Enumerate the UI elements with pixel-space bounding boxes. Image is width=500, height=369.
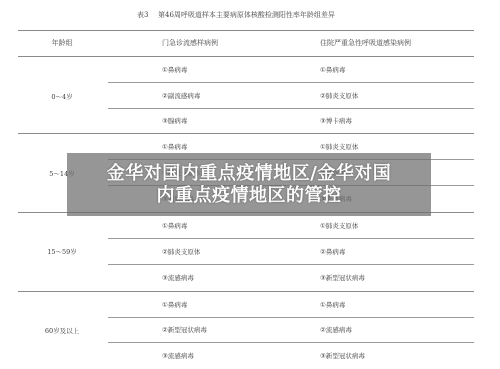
inpatient-cell: ①鼻病毒 [320,300,345,310]
header-age-group: 年龄组 [0,38,108,48]
outpatient-cell: ①鼻病毒 [162,142,187,152]
inpatient-cell: ③博卡病毒 [320,116,352,126]
header-inpatient: 住院严重急性呼吸道感染病例 [320,38,411,48]
inpatient-cell: ①鼻病毒 [320,65,345,75]
group-divider [18,291,474,292]
table-top-rule [18,30,474,31]
outpatient-cell: ③腺病毒 [162,116,187,126]
row-divider [108,108,474,109]
group-divider [18,133,474,134]
inpatient-cell: ③新型冠状病毒 [320,273,365,283]
inpatient-cell: ③新型冠状病毒 [320,351,365,361]
headline-line-2: 内重点疫情地区的管控 [157,185,342,207]
outpatient-cell: ③流感病毒 [162,273,194,283]
table-caption-label: 表3 [137,10,148,20]
inpatient-cell: ①肺炎支原体 [320,142,358,152]
header-bottom-rule [18,56,474,57]
inpatient-cell: ②流感病毒 [320,325,352,335]
inpatient-cell: ①肺炎支原体 [320,221,358,231]
outpatient-cell: ②新型冠状病毒 [162,325,207,335]
outpatient-cell: ①鼻病毒 [162,300,187,310]
outpatient-cell: ①鼻病毒 [162,221,187,231]
outpatient-cell: ②副流感病毒 [162,91,200,101]
age-group-cell: 15～59岁 [0,247,108,257]
row-divider [108,342,474,343]
inpatient-cell: ②肺炎支原体 [320,91,358,101]
row-divider [108,317,474,318]
headline-line-1: 金华对国内重点疫情地区/金华对国 [107,163,392,185]
headline-overlay-banner: 金华对国内重点疫情地区/金华对国 内重点疫情地区的管控 [67,153,431,216]
outpatient-cell: ②肺炎支原体 [162,247,200,257]
outpatient-cell: ③流感病毒 [162,351,194,361]
inpatient-cell: ②鼻病毒 [320,247,345,257]
age-group-cell: 0～4岁 [0,92,108,102]
outpatient-cell: ①鼻病毒 [162,65,187,75]
row-divider [108,82,474,83]
row-divider [108,238,474,239]
row-divider [108,264,474,265]
age-group-cell: 60岁及以上 [0,326,108,336]
header-outpatient: 门急诊流感样病例 [162,38,218,48]
table-caption-title: 第46周呼吸道样本主要病原体核酸检测阳性率年龄组差异 [158,10,335,20]
